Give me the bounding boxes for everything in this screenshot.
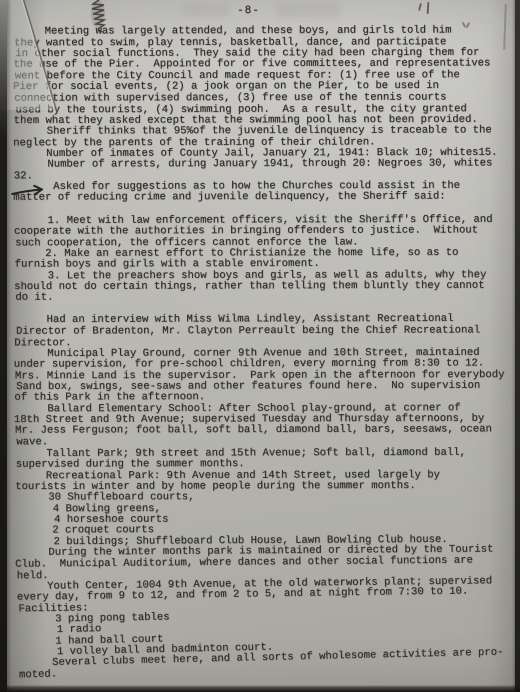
document-line: Mr. Jess Ferguson; foot ball, soft ball,… xyxy=(15,425,517,437)
document-line: do it. xyxy=(15,292,517,304)
document-line: matter of reducing crime and juvenile de… xyxy=(13,192,515,204)
page-number: -8- xyxy=(237,5,260,17)
ink-smudge-icon xyxy=(84,0,116,38)
document-line: Number of arrests, during January 1941, … xyxy=(16,158,518,170)
ghost-impression xyxy=(182,4,230,16)
scanned-document-page: -8- Meeting was largely attended, and th… xyxy=(0,0,520,692)
scan-edge-right xyxy=(515,0,520,692)
handwritten-arrow-icon xyxy=(11,183,52,199)
document-line: 30 Shuffleboard courts, xyxy=(16,491,518,503)
scan-edge-bottom xyxy=(0,685,520,692)
document-line: Director of Bradenton, Mr. Clayton Perre… xyxy=(16,325,518,337)
pencil-mark xyxy=(418,3,422,11)
pencil-mark xyxy=(427,2,430,14)
corner-crease xyxy=(0,0,70,115)
document-lines: Meeting was largely attended, and these … xyxy=(14,26,518,682)
ghost-impression xyxy=(276,2,340,18)
scan-edge-left xyxy=(0,0,7,692)
